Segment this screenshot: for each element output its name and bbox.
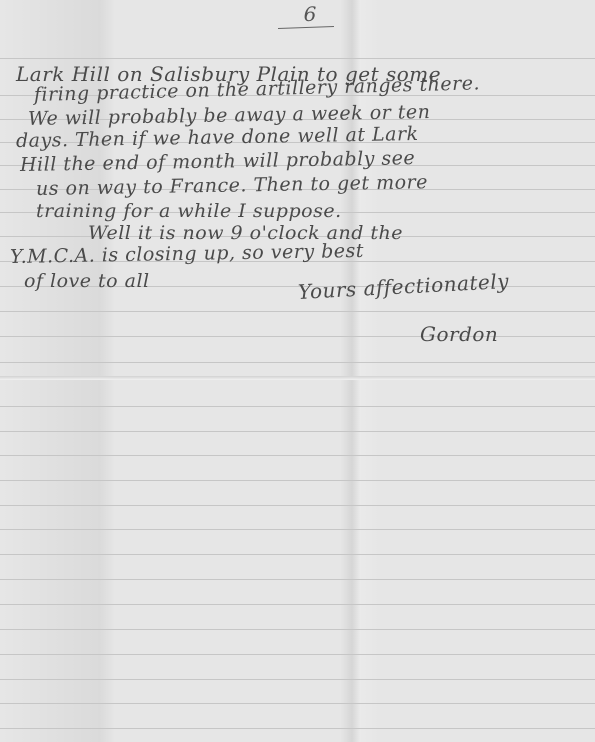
ruled-line bbox=[0, 406, 595, 407]
ruled-line bbox=[0, 480, 595, 481]
fold-crease bbox=[0, 376, 595, 380]
page-number: 6 bbox=[280, 2, 340, 26]
letter-page: 6 Lark Hill on Salisbury Plain to get so… bbox=[0, 0, 595, 742]
ruled-line bbox=[0, 311, 595, 312]
ruled-line bbox=[0, 579, 595, 580]
ruled-line bbox=[0, 703, 595, 704]
ruled-line bbox=[0, 529, 595, 530]
ruled-line bbox=[0, 505, 595, 506]
ruled-line bbox=[0, 362, 595, 363]
letter-line: us on way to France. Then to get more bbox=[36, 171, 428, 200]
letter-line: training for a while I suppose. bbox=[36, 200, 342, 222]
ruled-line bbox=[0, 679, 595, 680]
ruled-line bbox=[0, 336, 595, 337]
letter-line: Y.M.C.A. is closing up, so very best bbox=[10, 240, 364, 268]
letter-signature: Gordon bbox=[420, 322, 498, 346]
ruled-line bbox=[0, 654, 595, 655]
ruled-line bbox=[0, 431, 595, 432]
ruled-line bbox=[0, 728, 595, 729]
ruled-line bbox=[0, 629, 595, 630]
letter-closing: Yours affectionately bbox=[297, 269, 509, 304]
page-number-underline bbox=[278, 26, 334, 29]
ruled-line bbox=[0, 604, 595, 605]
letter-line: of love to all bbox=[24, 270, 150, 292]
ruled-line bbox=[0, 455, 595, 456]
ruled-line bbox=[0, 58, 595, 59]
ruled-line bbox=[0, 554, 595, 555]
